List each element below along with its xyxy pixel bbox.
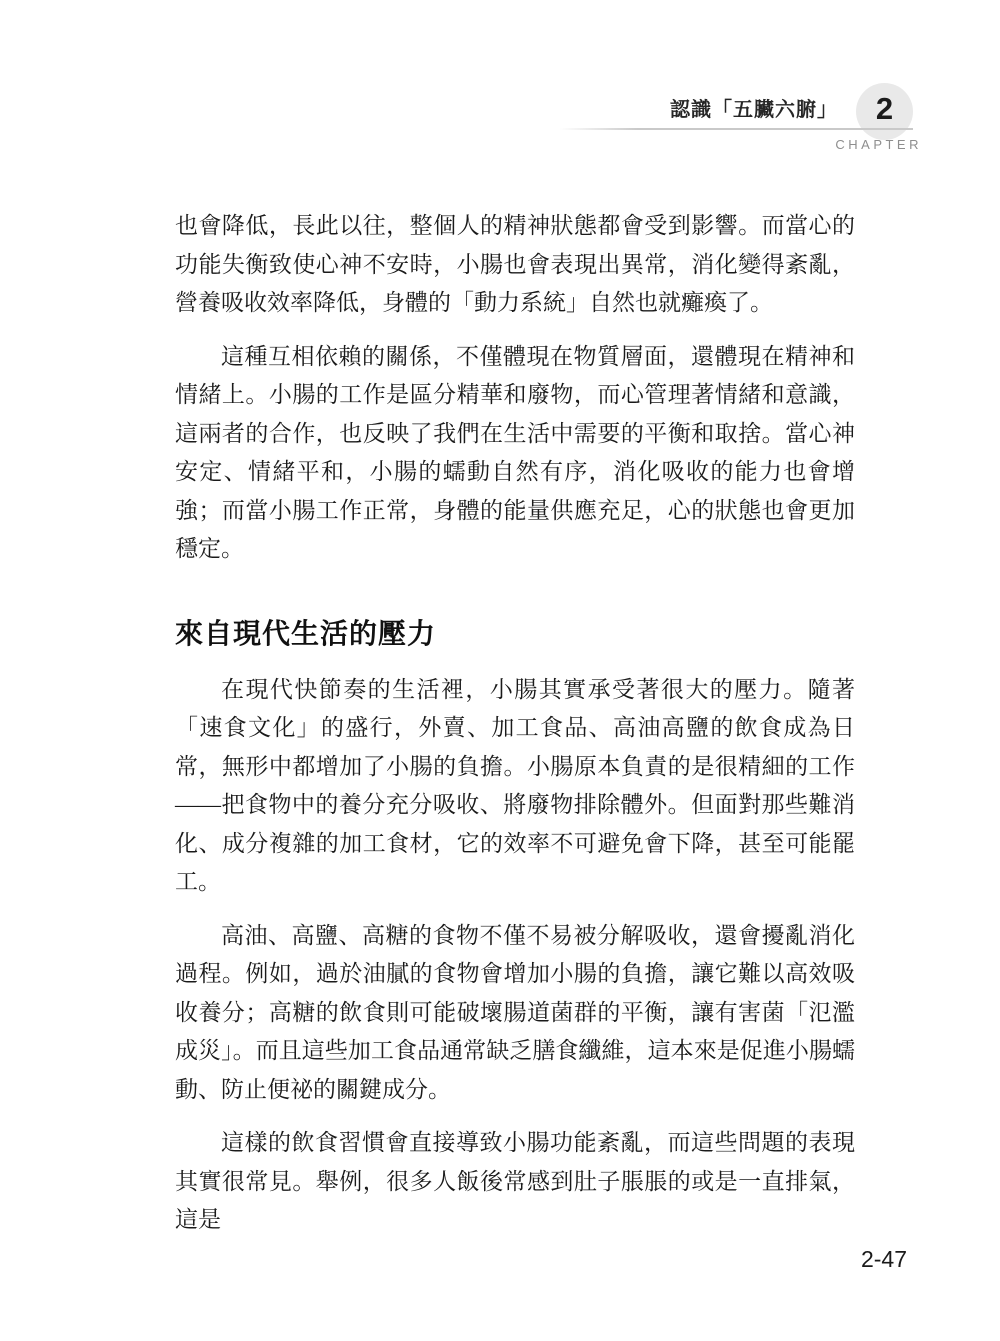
page-number: 2-47: [0, 1246, 907, 1273]
paragraph-2: 這種互相依賴的關係，不僅體現在物質層面，還體現在精神和情緒上。小腸的工作是區分精…: [175, 338, 855, 569]
paragraph-5: 這樣的飲食習慣會直接導致小腸功能紊亂，而這些問題的表現其實很常見。舉例，很多人飯…: [175, 1124, 855, 1240]
paragraph-3: 在現代快節奏的生活裡，小腸其實承受著很大的壓力。隨著「速食文化」的盛行，外賣、加…: [175, 671, 855, 902]
chapter-number: 2: [856, 83, 913, 133]
running-head: 認識「五臟六腑」 2 CHAPTER: [0, 0, 1000, 160]
page-body: 也會降低，長此以往，整個人的精神狀態都會受到影響。而當心的功能失衡致使心神不安時…: [175, 207, 855, 1255]
section-heading: 來自現代生活的壓力: [175, 617, 855, 651]
paragraph-4: 高油、高鹽、高糖的食物不僅不易被分解吸收，還會擾亂消化過程。例如，過於油膩的食物…: [175, 917, 855, 1110]
paragraph-1: 也會降低，長此以往，整個人的精神狀態都會受到影響。而當心的功能失衡致使心神不安時…: [175, 207, 855, 323]
chapter-label: CHAPTER: [0, 137, 922, 152]
book-page: 認識「五臟六腑」 2 CHAPTER 也會降低，長此以往，整個人的精神狀態都會受…: [0, 0, 1000, 1341]
running-head-title: 認識「五臟六腑」: [0, 99, 838, 121]
